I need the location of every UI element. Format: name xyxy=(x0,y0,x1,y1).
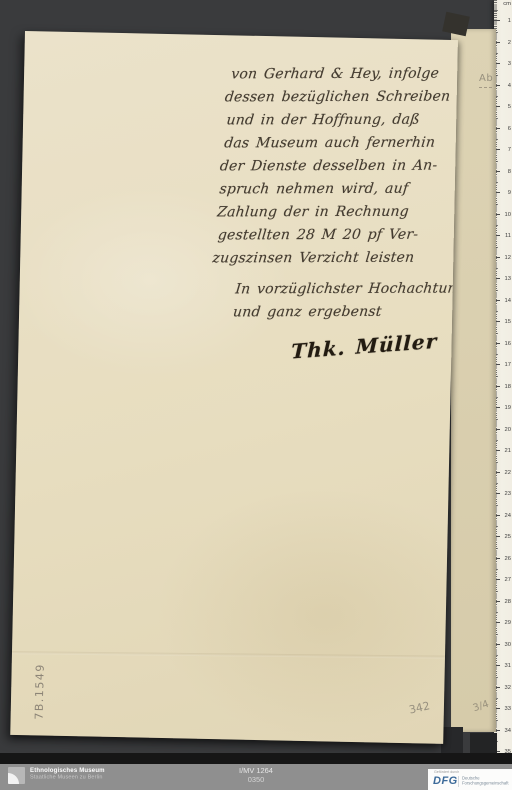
ruler-cm-mark: 26 xyxy=(494,554,512,564)
ruler-cm-mark: 6 xyxy=(494,124,512,134)
ruler-cm-mark: 18 xyxy=(494,382,512,392)
ruler-number: 32 xyxy=(499,685,511,691)
ruler-number: 14 xyxy=(499,298,511,304)
archive-scan-viewer: cm 1234567891011121314151617181920212223… xyxy=(0,0,512,790)
ruler-number: 24 xyxy=(499,513,511,519)
ruler-number: 27 xyxy=(499,577,511,583)
scan-number: 0350 xyxy=(194,775,318,784)
ruler-cm-mark: 1 xyxy=(494,16,512,26)
ruler-number: 2 xyxy=(499,40,511,46)
ruler-number: 4 xyxy=(499,83,511,89)
ruler-cm-mark: 2 xyxy=(494,38,512,48)
letter-line: von Gerhard & Hey, infolge xyxy=(230,63,458,87)
ruler-number: 20 xyxy=(499,427,511,433)
dfg-logo: Gefördert durch DFG Deutsche Forschungsg… xyxy=(428,769,512,790)
closing-line: In vorzüglichster Hochachtung xyxy=(234,278,452,302)
ruler-cm-mark: 10 xyxy=(494,210,512,220)
ruler-number: 19 xyxy=(499,405,511,411)
letter-line: der Dienste desselben in An- xyxy=(219,155,458,179)
museum-logo-icon xyxy=(8,767,25,784)
ruler-cm-mark: 3 xyxy=(494,59,512,69)
ruler-cm-mark: 9 xyxy=(494,188,512,198)
signature: Thk. Müller xyxy=(291,328,446,363)
letter-line: das Museum auch fernerhin xyxy=(223,132,458,156)
handwritten-text: von Gerhard & Hey, infolgedessen bezügli… xyxy=(202,63,458,359)
ruler-cm-mark: 12 xyxy=(494,253,512,263)
dfg-divider xyxy=(458,776,459,787)
ruler-cm-mark: 22 xyxy=(494,468,512,478)
ruler-number: 26 xyxy=(499,556,511,562)
letter-line: gestellten 28 M 20 pf Ver- xyxy=(217,224,458,248)
ruler: cm 1234567891011121314151617181920212223… xyxy=(494,0,512,790)
ruler-number: 30 xyxy=(499,642,511,648)
ruler-number: 18 xyxy=(499,384,511,390)
ruler-number: 22 xyxy=(499,470,511,476)
museum-branding: Ethnologisches Museum Staatliche Museen … xyxy=(8,767,166,790)
letter-line: Zahlung der in Rechnung xyxy=(216,201,458,225)
ruler-cm-mark: 21 xyxy=(494,446,512,456)
ruler-cm-mark: 16 xyxy=(494,339,512,349)
letter-page: von Gerhard & Hey, infolgedessen bezügli… xyxy=(10,31,458,744)
ruler-cm-mark: 20 xyxy=(494,425,512,435)
paper-crease xyxy=(12,651,445,659)
ruler-number: 9 xyxy=(499,190,511,196)
record-identifier: I/MV 1264 0350 xyxy=(194,766,318,785)
ruler-cm-mark: 8 xyxy=(494,167,512,177)
dfg-acronym: DFG xyxy=(433,775,458,787)
ruler-number: 28 xyxy=(499,599,511,605)
ruler-cm-mark: 14 xyxy=(494,296,512,306)
ruler-cm-mark: 11 xyxy=(494,231,512,241)
dfg-name-line2: Forschungsgemeinschaft xyxy=(462,781,508,786)
ruler-unit-label: cm xyxy=(499,1,511,7)
ruler-number: 25 xyxy=(499,534,511,540)
pencil-note-underline xyxy=(479,87,492,88)
ruler-number: 8 xyxy=(499,169,511,175)
ruler-number: 11 xyxy=(499,233,511,239)
ruler-number: 12 xyxy=(499,255,511,261)
pencil-page-number: 342 xyxy=(408,699,431,716)
underlying-sheet: Ab 3/4 xyxy=(451,29,496,732)
photo-corner-shadow xyxy=(442,12,470,37)
ruler-cm-mark: 5 xyxy=(494,102,512,112)
ruler-number: 21 xyxy=(499,448,511,454)
record-id: I/MV 1264 xyxy=(194,766,318,775)
ruler-cm-mark: 30 xyxy=(494,640,512,650)
ruler-cm-mark: 29 xyxy=(494,618,512,628)
ruler-cm-mark: 17 xyxy=(494,360,512,370)
ruler-cm-mark: 7 xyxy=(494,145,512,155)
letter-line: spruch nehmen wird, auf xyxy=(218,178,458,202)
ruler-number: 1 xyxy=(499,18,511,24)
museum-logo-fold xyxy=(8,773,19,784)
museum-organization: Staatliche Museen zu Berlin xyxy=(30,774,105,781)
letter-body: von Gerhard & Hey, infolgedessen bezügli… xyxy=(211,63,458,271)
letter-line: zugszinsen Verzicht leisten xyxy=(211,247,455,271)
footer-bar: Ethnologisches Museum Staatliche Museen … xyxy=(0,764,512,790)
ruler-cm-mark: 13 xyxy=(494,274,512,284)
museum-text: Ethnologisches Museum Staatliche Museen … xyxy=(30,767,105,781)
ruler-cm-mark: 32 xyxy=(494,683,512,693)
ruler-number: 13 xyxy=(499,276,511,282)
pencil-note-three-four: 3/4 xyxy=(472,699,491,714)
ruler-number: 16 xyxy=(499,341,511,347)
pencil-note-ab: Ab xyxy=(479,73,493,84)
ruler-cm-mark: 15 xyxy=(494,317,512,327)
dfg-full-name: Deutsche Forschungsgemeinschaft xyxy=(462,776,508,785)
pencil-archive-number: 7B.1549 xyxy=(32,636,50,744)
ruler-number: 6 xyxy=(499,126,511,132)
letter-line: und in der Hoffnung, daß xyxy=(225,109,458,133)
ruler-number: 33 xyxy=(499,706,511,712)
ruler-number: 5 xyxy=(499,104,511,110)
ruler-half-tick xyxy=(494,10,498,11)
ruler-cm-mark: 31 xyxy=(494,661,512,671)
ruler-number: 23 xyxy=(499,491,511,497)
ruler-cm-mark: 33 xyxy=(494,704,512,714)
ruler-cm-mark: 24 xyxy=(494,511,512,521)
ruler-number: 29 xyxy=(499,620,511,626)
ruler-number: 34 xyxy=(499,728,511,734)
ruler-cm-mark: 25 xyxy=(494,532,512,542)
ruler-cm-mark: 23 xyxy=(494,489,512,499)
museum-name: Ethnologisches Museum xyxy=(30,767,105,774)
closing-line: und ganz ergebenst xyxy=(232,301,450,325)
ruler-cm-mark: 4 xyxy=(494,81,512,91)
ruler-cm-mark: 27 xyxy=(494,575,512,585)
sheet-gap-shadow xyxy=(441,727,463,755)
ruler-cm-mark: 28 xyxy=(494,597,512,607)
footer-divider-bar xyxy=(0,753,512,764)
ruler-number: 10 xyxy=(499,212,511,218)
ruler-number: 15 xyxy=(499,319,511,325)
ruler-number: 7 xyxy=(499,147,511,153)
ruler-cm-mark: 19 xyxy=(494,403,512,413)
dfg-funded-by-label: Gefördert durch xyxy=(434,770,459,774)
ruler-number: 17 xyxy=(499,362,511,368)
ruler-number: 3 xyxy=(499,61,511,67)
letter-closing: In vorzüglichster Hochachtungund ganz er… xyxy=(232,278,453,325)
ruler-number: 31 xyxy=(499,663,511,669)
letter-line: dessen bezüglichen Schreiben xyxy=(224,86,458,110)
